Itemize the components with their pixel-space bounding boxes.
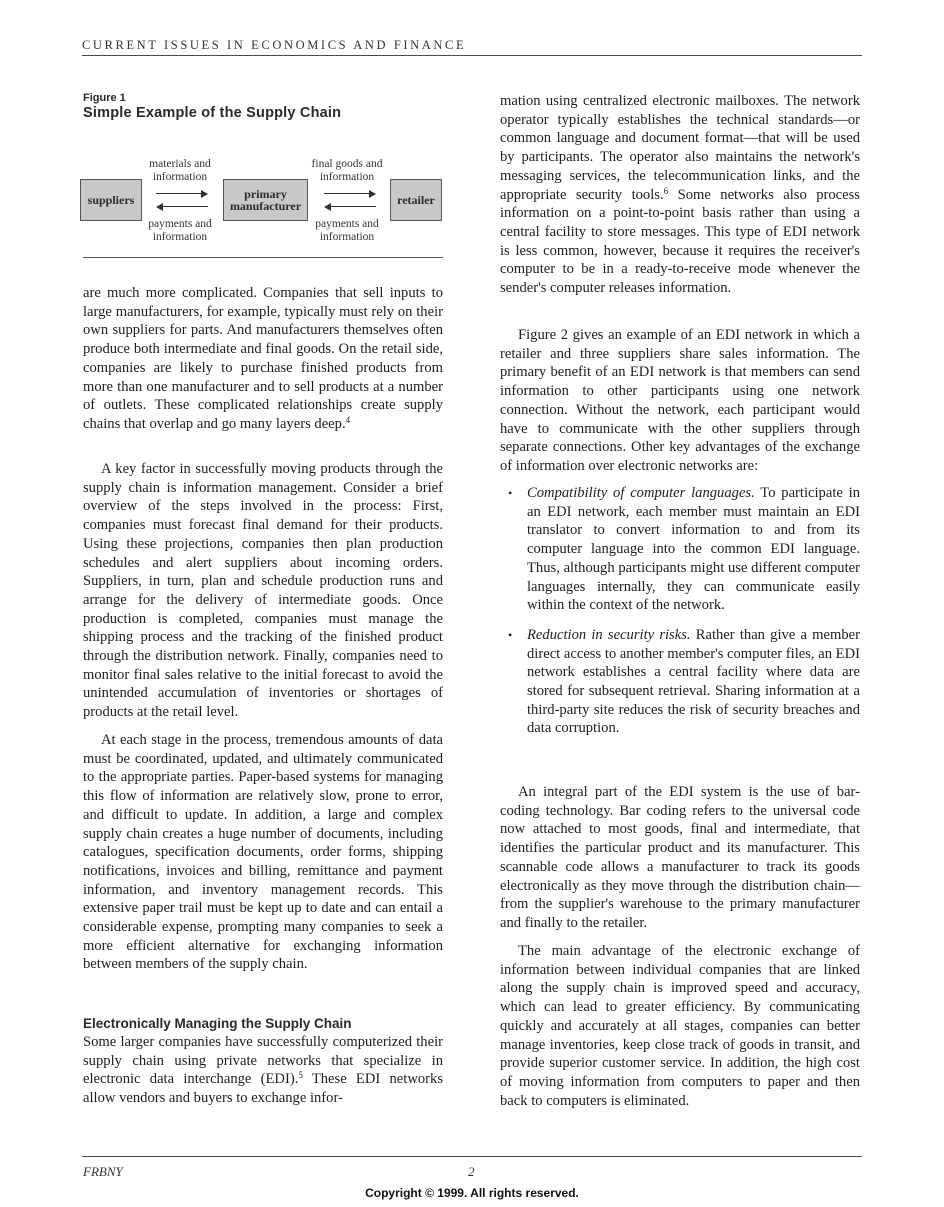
flow-label-final-goods: final goods and information	[302, 158, 392, 184]
left-paragraph-3: At each stage in the process, tremendous…	[83, 731, 443, 974]
supply-chain-diagram: suppliers materials and information paym…	[80, 155, 445, 250]
figure-label: Figure 1	[83, 92, 126, 104]
node-suppliers: suppliers	[80, 179, 142, 221]
bullet-lead: Reduction in security risks.	[527, 627, 691, 643]
right-paragraph-1: mation using centralized electronic mail…	[500, 92, 860, 298]
running-header-title: CURRENT ISSUES IN ECONOMICS AND FINANCE	[82, 38, 466, 53]
header-rule	[82, 55, 862, 56]
bullet-icon: •	[508, 484, 512, 503]
arrow-right-icon	[156, 193, 206, 194]
flow-label-payments-left: payments and information	[135, 218, 225, 244]
footer-publisher: FRBNY	[83, 1164, 123, 1180]
arrow-right-icon	[324, 193, 374, 194]
footnote-marker: 4	[346, 415, 351, 425]
arrow-left-icon	[326, 206, 376, 207]
left-paragraph-2: A key factor in successfully moving prod…	[83, 460, 443, 722]
left-paragraph-1: are much more complicated. Companies tha…	[83, 284, 443, 434]
flow-label-payments-right: payments and information	[302, 218, 392, 244]
flow-label-materials: materials and information	[135, 158, 225, 184]
arrow-left-icon	[158, 206, 208, 207]
figure-bottom-rule	[83, 257, 443, 258]
right-paragraph-2: Figure 2 gives an example of an EDI netw…	[500, 326, 860, 476]
footer-rule	[82, 1156, 862, 1157]
right-paragraph-4: The main advantage of the electronic exc…	[500, 942, 860, 1110]
figure-title: Simple Example of the Supply Chain	[83, 105, 341, 121]
right-paragraph-3: An integral part of the EDI system is th…	[500, 783, 860, 933]
section-heading: Electronically Managing the Supply Chain	[83, 1016, 352, 1031]
page-number: 2	[468, 1164, 475, 1180]
node-retailer: retailer	[390, 179, 442, 221]
bullet-icon: •	[508, 626, 512, 645]
bullet-text: To participate in an EDI network, each m…	[527, 485, 860, 613]
left-paragraph-4: Some larger companies have successfully …	[83, 1033, 443, 1108]
paragraph-text: are much more complicated. Companies tha…	[83, 285, 443, 432]
advantages-list: • Compatibility of computer languages. T…	[500, 484, 860, 738]
bullet-lead: Compatibility of computer languages.	[527, 485, 755, 501]
list-item: • Reduction in security risks. Rather th…	[500, 626, 860, 738]
copyright-notice: Copyright © 1999. All rights reserved.	[0, 1186, 944, 1200]
node-primary-manufacturer: primary manufacturer	[223, 179, 308, 221]
list-item: • Compatibility of computer languages. T…	[500, 484, 860, 615]
bullet-text: Rather than give a member direct access …	[527, 627, 860, 737]
